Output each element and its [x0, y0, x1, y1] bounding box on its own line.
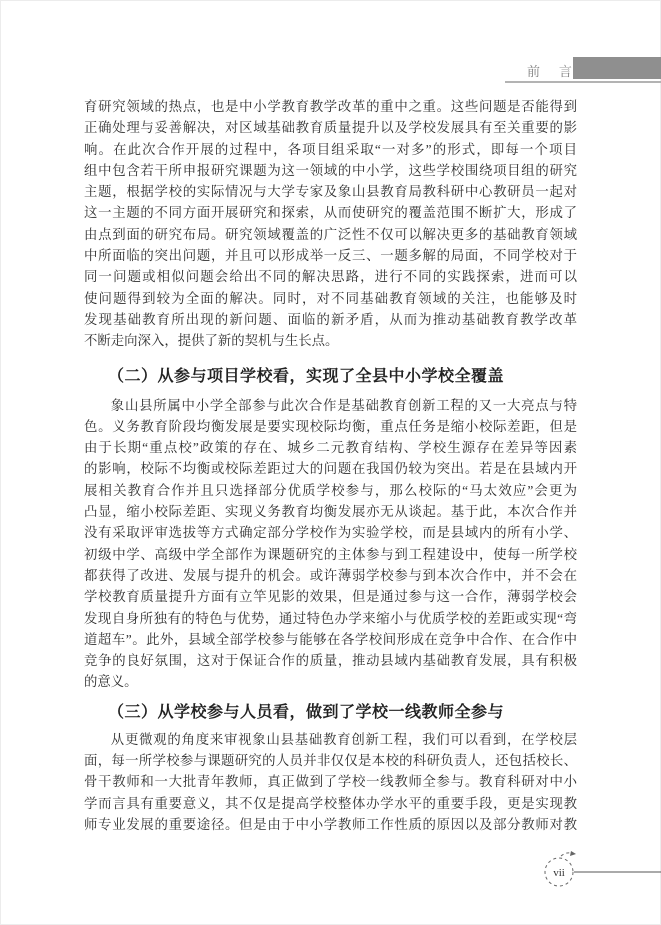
text-line: 使问题得到较为全面的解决。同时，对不同基础教育领域的关注，也能够及时: [84, 288, 577, 309]
text-line: 发现自身所独有的特色与优势，通过特色办学来缩小与优质学校的差距或实现“弯: [84, 608, 577, 629]
text-line: 从更微观的角度来审视象山县基础教育创新工程，我们可以看到，在学校层: [84, 729, 577, 750]
text-line: 不断走向深入，提供了新的契机与生长点。: [84, 330, 577, 351]
text-line: 色。义务教育阶段均衡发展是要实现校际均衡，重点任务是缩小校际差距，但是: [84, 416, 577, 437]
text-line: 展相关教育合作并且只选择部分优质学校参与，那么校际的“马太效应”会更为: [84, 480, 577, 501]
page-number: vii: [553, 867, 565, 879]
text-line: 正确处理与妥善解决，对区域基础教育质量提升以及学校发展具有至关重要的影: [84, 117, 577, 138]
text-line: 的影响，校际不均衡或校际差距过大的问题在我国仍较为突出。若是在县域内开: [84, 458, 577, 479]
text-line: 师专业发展的重要途径。但是由于中小学教师工作性质的原因以及部分教师对教: [84, 814, 577, 835]
text-line: 没有采取评审选拔等方式确定部分学校作为实验学校，而是县域内的所有小学、: [84, 522, 577, 543]
text-line: 都获得了改进、发展与提升的机会。或许薄弱学校参与到本次合作中，并不会在: [84, 565, 577, 586]
text-line: 由点到面的研究布局。研究领域覆盖的广泛性不仅可以解决更多的基础教育领域: [84, 224, 577, 245]
text-line: 道超车”。此外，县域全部学校参与能够在各学校间形成在竞争中合作、在合作中: [84, 629, 577, 650]
paragraph-1: 育研究领域的热点，也是中小学教育教学改革的重中之重。这些问题是否能得到正确处理与…: [84, 96, 577, 352]
text-line: 育研究领域的热点，也是中小学教育教学改革的重中之重。这些问题是否能得到: [84, 96, 577, 117]
text-line: 发现基础教育所出现的新问题、面临的新矛盾，从而为推动基础教育教学改革: [84, 309, 577, 330]
text-line: 的意义。: [84, 671, 577, 692]
text-line: 组中包含若干所申报研究课题为这一领域的中小学，这些学校围绕项目组的研究: [84, 160, 577, 181]
text-block: 育研究领域的热点，也是中小学教育教学改革的重中之重。这些问题是否能得到正确处理与…: [84, 96, 577, 835]
text-line: 中所面临的突出问题，并且可以形成举一反三、一题多解的局面，不同学校对于: [84, 245, 577, 266]
text-line: 学校教育质量提升方面有立竿见影的效果，但是通过参与这一合作，薄弱学校会: [84, 586, 577, 607]
header-rule: [505, 81, 661, 83]
text-line: 骨干教师和一大批青年教师，真正做到了学校一线教师全参与。教育科研对中小: [84, 771, 577, 792]
text-line: 响。在此次合作开展的过程中，各项目组采取“一对多”的形式，即每一个项目: [84, 139, 577, 160]
section-heading-3: （三）从学校参与人员看，做到了学校一线教师全参与: [84, 701, 577, 722]
section-heading-2: （二）从参与项目学校看，实现了全县中小学校全覆盖: [84, 365, 577, 386]
page-number-ornament: vii: [540, 849, 661, 897]
text-line: 学而言具有重要意义，其不仅是提高学校整体办学水平的重要手段，更是实现教: [84, 793, 577, 814]
paragraph-2: 象山县所属中小学全部参与此次合作是基础教育创新工程的又一大亮点与特色。义务教育阶…: [84, 395, 577, 693]
text-line: 象山县所属中小学全部参与此次合作是基础教育创新工程的又一大亮点与特: [84, 395, 577, 416]
text-line: 同一问题或相似问题会给出不同的解决思路，进行不同的实践探索，进而可以: [84, 266, 577, 287]
text-line: 初级中学、高级中学全部作为课题研究的主体参与到工程建设中，使每一所学校: [84, 544, 577, 565]
text-line: 凸显，缩小校际差距、实现义务教育均衡发展亦无从谈起。基于此，本次合作并: [84, 501, 577, 522]
text-line: 这一主题的不同方面开展研究和探索，从而使研究的覆盖范围不断扩大，形成了: [84, 202, 577, 223]
header-decoration-bar: [573, 57, 661, 79]
paragraph-3: 从更微观的角度来审视象山县基础教育创新工程，我们可以看到，在学校层面，每一所学校…: [84, 729, 577, 835]
arrow-head-icon: [570, 851, 576, 856]
text-line: 面，每一所学校参与课题研究的人员并非仅仅是本校的科研负责人，还包括校长、: [84, 750, 577, 771]
running-header-title: 前 言: [527, 61, 576, 80]
text-line: 由于长期“重点校”政策的存在、城乡二元教育结构、学校生源存在差异等因素: [84, 437, 577, 458]
text-line: 竞争的良好氛围，这对于保证合作的质量，推动县域内基础教育发展，具有积极: [84, 650, 577, 671]
book-page: 前 言 育研究领域的热点，也是中小学教育教学改革的重中之重。这些问题是否能得到正…: [0, 0, 661, 925]
text-line: 主题，根据学校的实际情况与大学专家及象山县教育局教科研中心教研员一起对: [84, 181, 577, 202]
